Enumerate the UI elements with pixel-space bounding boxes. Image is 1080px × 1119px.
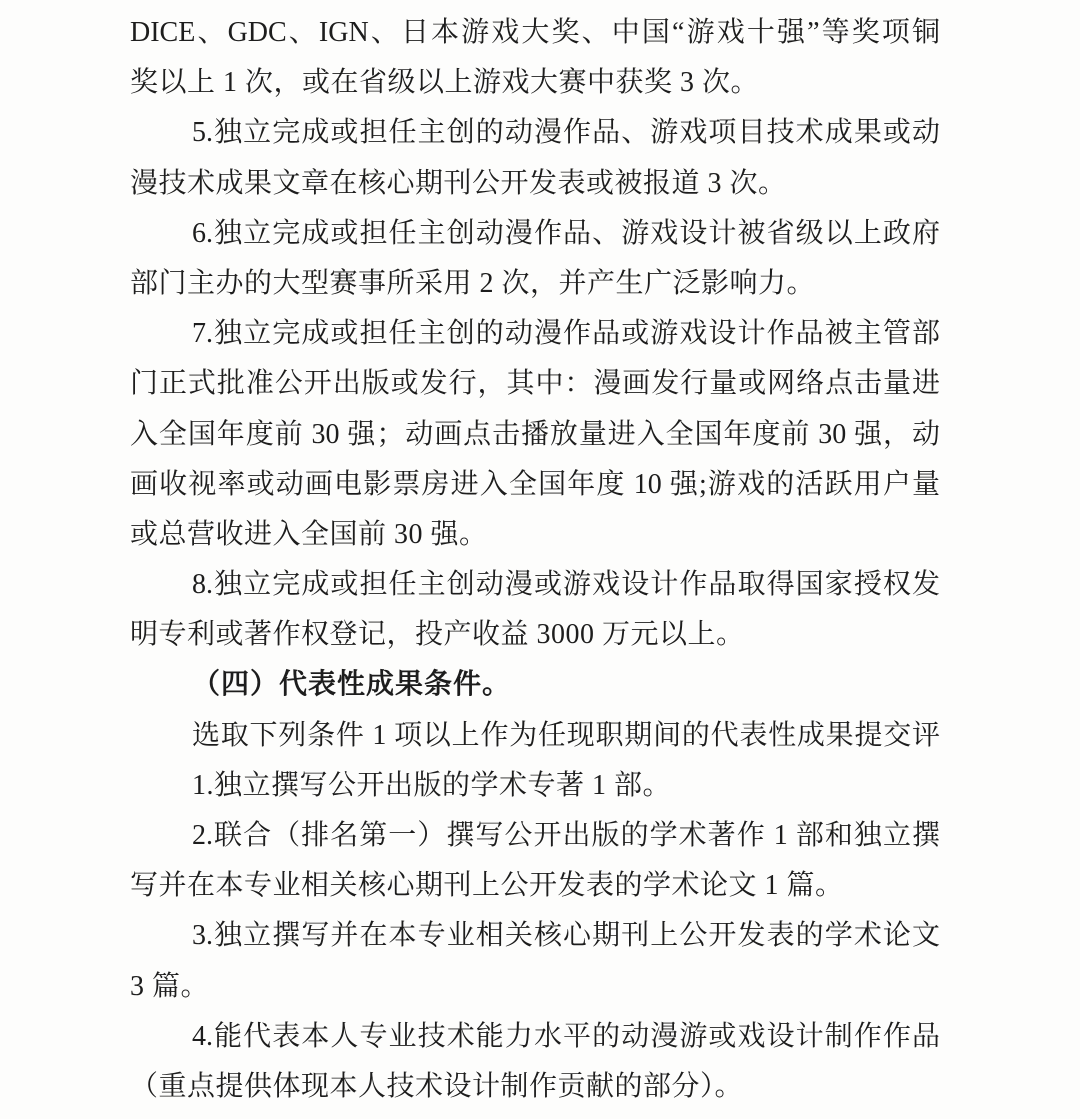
text-line: （重点提供体现本人技术设计制作贡献的部分）。	[130, 1062, 940, 1112]
text-line: 8.独立完成或担任主创动漫或游戏设计作品取得国家授权发	[130, 560, 940, 610]
text-line: 或总营收进入全国前 30 强。	[130, 510, 940, 560]
text-line: 3.独立撰写并在本专业相关核心期刊上公开发表的学术论文	[130, 911, 940, 961]
text-line: 画收视率或动画电影票房进入全国年度 10 强;游戏的活跃用户量	[130, 460, 940, 510]
text-line: 选取下列条件 1 项以上作为任现职期间的代表性成果提交评审:	[130, 711, 940, 761]
text-line: 3 篇。	[130, 962, 940, 1012]
text-line: 6.独立完成或担任主创动漫作品、游戏设计被省级以上政府	[130, 209, 940, 259]
text-line: DICE、GDC、IGN、日本游戏大奖、中国“游戏十强”等奖项铜	[130, 8, 940, 58]
text-line: 门正式批准公开出版或发行，其中：漫画发行量或网络点击量进	[130, 359, 940, 409]
document-page: DICE、GDC、IGN、日本游戏大奖、中国“游戏十强”等奖项铜 奖以上 1 次…	[0, 0, 1080, 1119]
text-line: 5.独立完成或担任主创的动漫作品、游戏项目技术成果或动	[130, 108, 940, 158]
text-line: 入全国年度前 30 强；动画点击播放量进入全国年度前 30 强，动	[130, 410, 940, 460]
section-heading: （四）代表性成果条件。	[130, 660, 940, 710]
text-line: 漫技术成果文章在核心期刊公开发表或被报道 3 次。	[130, 159, 940, 209]
text-line: 1.独立撰写公开出版的学术专著 1 部。	[130, 761, 940, 811]
text-block: DICE、GDC、IGN、日本游戏大奖、中国“游戏十强”等奖项铜 奖以上 1 次…	[130, 8, 940, 1112]
text-line: 明专利或著作权登记，投产收益 3000 万元以上。	[130, 610, 940, 660]
text-line: 部门主办的大型赛事所采用 2 次，并产生广泛影响力。	[130, 259, 940, 309]
text-line: 4.能代表本人专业技术能力水平的动漫游或戏设计制作作品	[130, 1012, 940, 1062]
text-line: 7.独立完成或担任主创的动漫作品或游戏设计作品被主管部	[130, 309, 940, 359]
text-line: 写并在本专业相关核心期刊上公开发表的学术论文 1 篇。	[130, 861, 940, 911]
text-line: 奖以上 1 次，或在省级以上游戏大赛中获奖 3 次。	[130, 58, 940, 108]
text-line: 2.联合（排名第一）撰写公开出版的学术著作 1 部和独立撰	[130, 811, 940, 861]
